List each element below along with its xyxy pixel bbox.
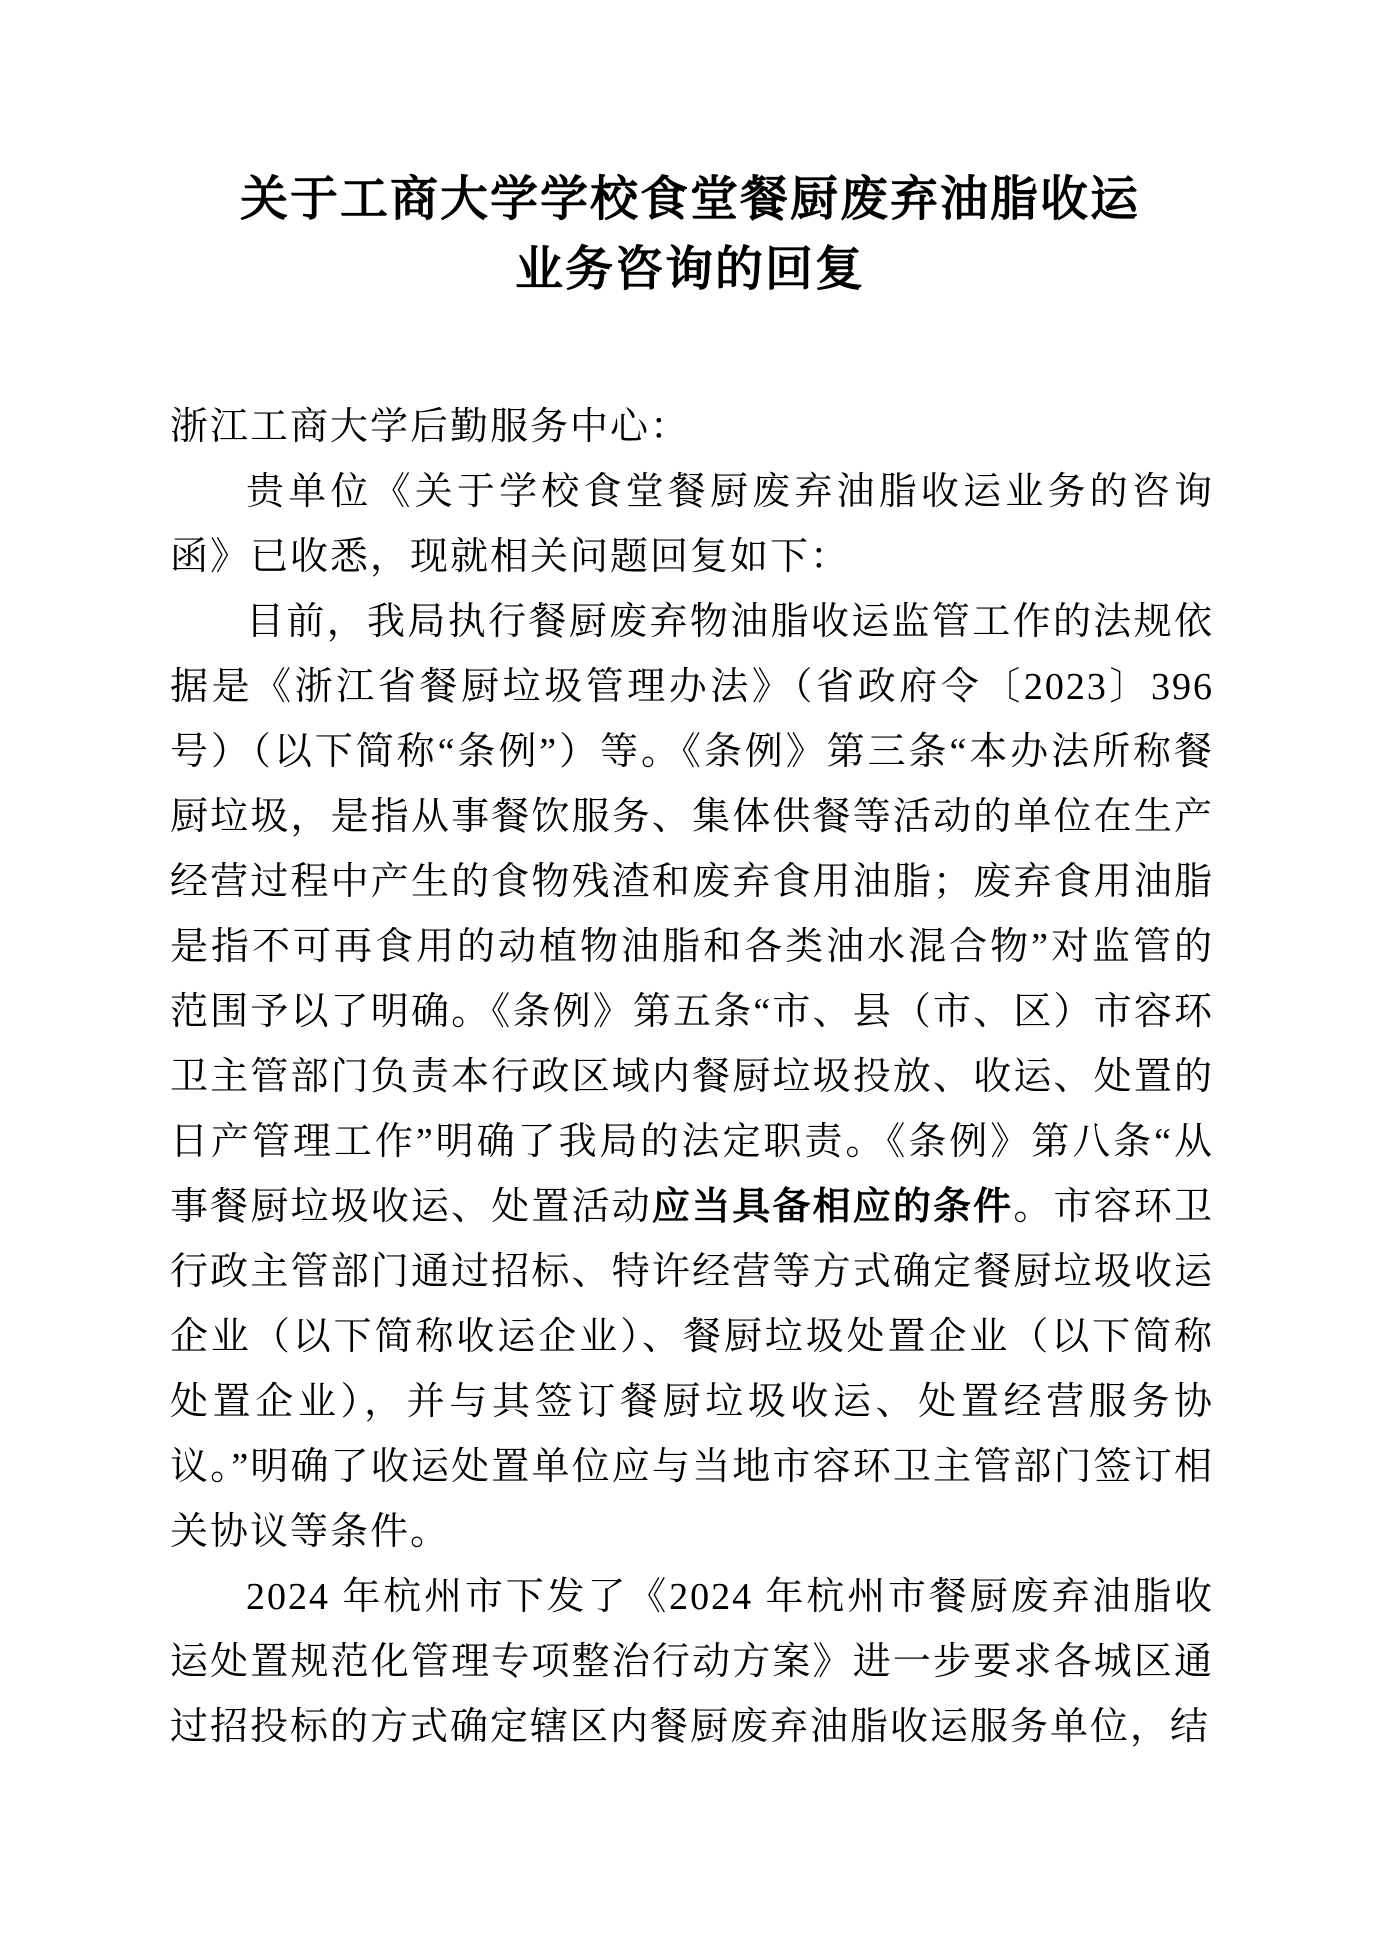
paragraph-intro: 贵单位《关于学校食堂餐厨废弃油脂收运业务的咨询函》已收悉，现就相关问题回复如下：	[170, 460, 1214, 590]
regulation-text-before-bold: 目前，我局执行餐厨废弃物油脂收运监管工作的法规依据是《浙江省餐厨垃圾管理办法》（…	[170, 601, 1214, 1228]
document-title: 关于工商大学学校食堂餐厨废弃油脂收运 业务咨询的回复	[0, 0, 1380, 305]
document-title-line-2: 业务咨询的回复	[0, 235, 1380, 305]
document-page: 关于工商大学学校食堂餐厨废弃油脂收运 业务咨询的回复 浙江工商大学后勤服务中心：…	[0, 0, 1380, 1952]
paragraph-hangzhou-plan: 2024 年杭州市下发了《2024 年杭州市餐厨废弃油脂收运处置规范化管理专项整…	[170, 1565, 1214, 1760]
salutation-line: 浙江工商大学后勤服务中心：	[170, 395, 1214, 460]
paragraph-regulation: 目前，我局执行餐厨废弃物油脂收运监管工作的法规依据是《浙江省餐厨垃圾管理办法》（…	[170, 590, 1214, 1565]
document-body: 浙江工商大学后勤服务中心： 贵单位《关于学校食堂餐厨废弃油脂收运业务的咨询函》已…	[170, 395, 1214, 1760]
regulation-text-bold: 应当具备相应的条件	[652, 1186, 1013, 1228]
regulation-text-after-bold: 。市容环卫行政主管部门通过招标、特许经营等方式确定餐厨垃圾收运企业（以下简称收运…	[170, 1186, 1214, 1553]
document-title-line-1: 关于工商大学学校食堂餐厨废弃油脂收运	[0, 165, 1380, 235]
